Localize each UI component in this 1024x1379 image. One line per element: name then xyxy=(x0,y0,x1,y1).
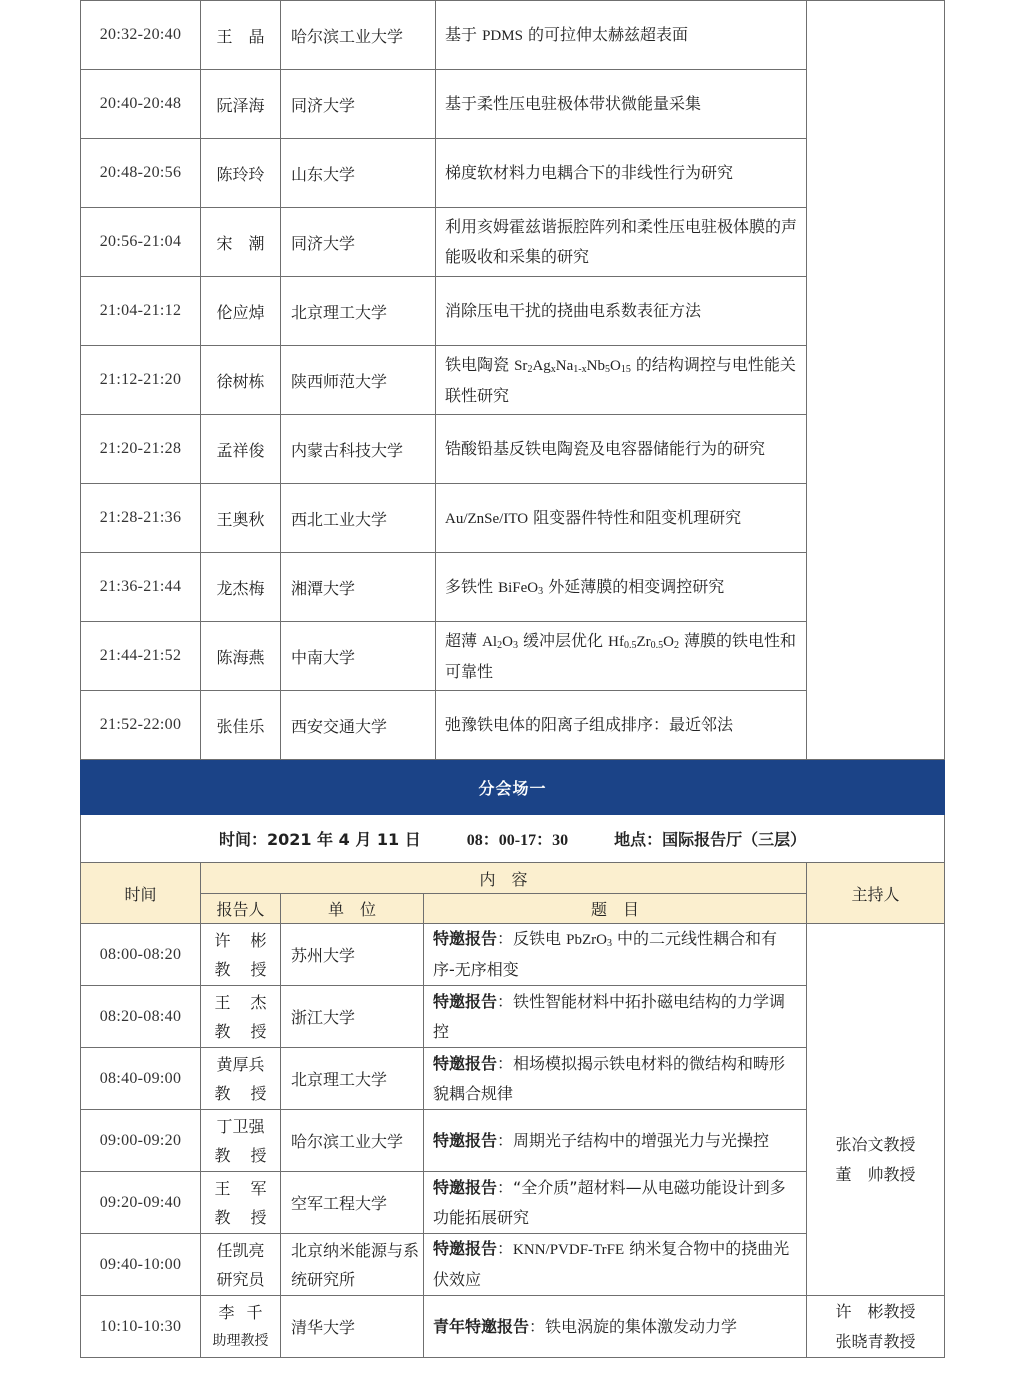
session-info-line: 时间：2021 年 4 月 11 日08：00-17：30地点：国际报告厅（三层… xyxy=(81,815,945,863)
table-row: 08:00-08:20 许彬 教授 苏州大学 特邀报告：反铁电 PbZrO3 中… xyxy=(81,924,945,986)
unit-cell: 同济大学 xyxy=(281,208,436,277)
chemical-formula: PbZrO3 xyxy=(566,932,612,948)
session-venue: 地点：国际报告厅（三层） xyxy=(614,827,806,850)
report-type-tag: 特邀报告 xyxy=(433,1239,497,1258)
chemical-formula: Hf0.5Zr0.5O2 xyxy=(608,634,679,650)
schedule-page: 20:32-20:40 王 晶 哈尔滨工业大学 基于 PDMS 的可拉伸太赫兹超… xyxy=(80,0,944,1358)
report-type-tag: 特邀报告 xyxy=(433,1178,497,1197)
speaker-cell: 宋 潮 xyxy=(201,208,281,277)
header-time: 时间 xyxy=(81,863,201,924)
unit-cell: 内蒙古科技大学 xyxy=(281,415,436,484)
unit-cell: 空军工程大学 xyxy=(281,1172,424,1234)
session-time-range: 08：00-17：30 xyxy=(467,827,568,850)
time-cell: 09:40-10:00 xyxy=(81,1234,201,1296)
topic-cell: 多铁性 BiFeO3 外延薄膜的相变调控研究 xyxy=(436,553,807,622)
report-type-tag: 特邀报告 xyxy=(433,929,497,948)
report-type-tag: 特邀报告 xyxy=(433,1131,497,1150)
speaker-cell: 王 晶 xyxy=(201,1,281,70)
topic-cell: 利用亥姆霍兹谐振腔阵列和柔性压电驻极体膜的声能吸收和采集的研究 xyxy=(436,208,807,277)
topic-cell: Au/ZnSe/ITO 阻变器件特性和阻变机理研究 xyxy=(436,484,807,553)
time-cell: 20:56-21:04 xyxy=(81,208,201,277)
time-cell: 08:00-08:20 xyxy=(81,924,201,986)
topic-cell: 特邀报告：相场模拟揭示铁电材料的微结构和畴形貌耦合规律 xyxy=(424,1048,807,1110)
speaker-cell: 徐树栋 xyxy=(201,346,281,415)
chair-cell-empty xyxy=(807,1,945,760)
time-cell: 21:04-21:12 xyxy=(81,277,201,346)
report-type-tag: 特邀报告 xyxy=(433,1054,497,1073)
speaker-cell: 陈海燕 xyxy=(201,622,281,691)
time-cell: 09:00-09:20 xyxy=(81,1110,201,1172)
speaker-cell: 丁卫强 教授 xyxy=(201,1110,281,1172)
time-cell: 08:40-09:00 xyxy=(81,1048,201,1110)
unit-cell: 清华大学 xyxy=(281,1296,424,1358)
topic-cell: 弛豫铁电体的阳离子组成排序：最近邻法 xyxy=(436,691,807,760)
unit-cell: 中南大学 xyxy=(281,622,436,691)
unit-cell: 北京纳米能源与系统研究所 xyxy=(281,1234,424,1296)
topic-cell: 梯度软材料力电耦合下的非线性行为研究 xyxy=(436,139,807,208)
time-cell: 08:20-08:40 xyxy=(81,986,201,1048)
speaker-cell: 张佳乐 xyxy=(201,691,281,760)
chemical-formula: Sr2AgxNa1-xNb5O15 xyxy=(514,358,631,374)
unit-cell: 北京理工大学 xyxy=(281,1048,424,1110)
topic-cell: 特邀报告：KNN/PVDF-TrFE 纳米复合物中的挠曲光伏效应 xyxy=(424,1234,807,1296)
topic-cell: 特邀报告：周期光子结构中的增强光力与光操控 xyxy=(424,1110,807,1172)
unit-cell: 哈尔滨工业大学 xyxy=(281,1,436,70)
chair-cell: 张冶文教授 董 帅教授 xyxy=(807,924,945,1296)
topic-cell: 超薄 Al2O3 缓冲层优化 Hf0.5Zr0.5O2 薄膜的铁电性和可靠性 xyxy=(436,622,807,691)
session-date: 时间：2021 年 4 月 11 日 xyxy=(219,827,421,850)
topic-cell: 锆酸铅基反铁电陶瓷及电容器储能行为的研究 xyxy=(436,415,807,484)
speaker-cell: 王军 教授 xyxy=(201,1172,281,1234)
speaker-cell: 任凯亮 研究员 xyxy=(201,1234,281,1296)
unit-cell: 西北工业大学 xyxy=(281,484,436,553)
speaker-cell: 伦应焯 xyxy=(201,277,281,346)
chemical-formula: Al2O3 xyxy=(482,634,518,650)
speaker-cell: 陈玲玲 xyxy=(201,139,281,208)
chair-name: 许 彬教授 xyxy=(807,1297,944,1327)
time-cell: 21:36-21:44 xyxy=(81,553,201,622)
topic-cell: 特邀报告：“全介质”超材料—从电磁功能设计到多功能拓展研究 xyxy=(424,1172,807,1234)
topic-cell: 铁电陶瓷 Sr2AgxNa1-xNb5O15 的结构调控与电性能关联性研究 xyxy=(436,346,807,415)
unit-cell: 陕西师范大学 xyxy=(281,346,436,415)
header-chair: 主持人 xyxy=(807,863,945,924)
time-cell: 21:28-21:36 xyxy=(81,484,201,553)
header-topic: 题 目 xyxy=(424,894,807,924)
topic-cell: 特邀报告：反铁电 PbZrO3 中的二元线性耦合和有序-无序相变 xyxy=(424,924,807,986)
topic-cell: 基于柔性压电驻极体带状微能量采集 xyxy=(436,70,807,139)
topic-cell: 特邀报告：铁性智能材料中拓扑磁电结构的力学调控 xyxy=(424,986,807,1048)
unit-cell: 苏州大学 xyxy=(281,924,424,986)
unit-cell: 哈尔滨工业大学 xyxy=(281,1110,424,1172)
time-cell: 20:32-20:40 xyxy=(81,1,201,70)
time-cell: 20:40-20:48 xyxy=(81,70,201,139)
unit-cell: 北京理工大学 xyxy=(281,277,436,346)
header-speaker: 报告人 xyxy=(201,894,281,924)
speaker-cell: 阮泽海 xyxy=(201,70,281,139)
time-cell: 20:48-20:56 xyxy=(81,139,201,208)
time-cell: 21:52-22:00 xyxy=(81,691,201,760)
topic-cell: 消除压电干扰的挠曲电系数表征方法 xyxy=(436,277,807,346)
time-cell: 21:44-21:52 xyxy=(81,622,201,691)
topic-cell: 青年特邀报告：铁电涡旋的集体激发动力学 xyxy=(424,1296,807,1358)
chair-name: 张冶文教授 xyxy=(807,1130,944,1160)
unit-cell: 浙江大学 xyxy=(281,986,424,1048)
speaker-cell: 李千 助理教授 xyxy=(201,1296,281,1358)
chair-name: 董 帅教授 xyxy=(807,1160,944,1190)
report-type-tag: 青年特邀报告 xyxy=(433,1317,529,1336)
speaker-cell: 龙杰梅 xyxy=(201,553,281,622)
header-unit: 单 位 xyxy=(281,894,424,924)
speaker-cell: 王杰 教授 xyxy=(201,986,281,1048)
table-row: 10:10-10:30 李千 助理教授 清华大学 青年特邀报告：铁电涡旋的集体激… xyxy=(81,1296,945,1358)
session-banner-title: 分会场一 xyxy=(81,761,945,815)
time-cell: 21:12-21:20 xyxy=(81,346,201,415)
speaker-cell: 孟祥俊 xyxy=(201,415,281,484)
evening-session-table: 20:32-20:40 王 晶 哈尔滨工业大学 基于 PDMS 的可拉伸太赫兹超… xyxy=(80,0,945,760)
speaker-cell: 黄厚兵 教授 xyxy=(201,1048,281,1110)
report-type-tag: 特邀报告 xyxy=(433,992,497,1011)
speaker-cell: 许彬 教授 xyxy=(201,924,281,986)
time-cell: 21:20-21:28 xyxy=(81,415,201,484)
time-cell: 09:20-09:40 xyxy=(81,1172,201,1234)
time-cell: 10:10-10:30 xyxy=(81,1296,201,1358)
unit-cell: 湘潭大学 xyxy=(281,553,436,622)
chair-name: 张晓青教授 xyxy=(807,1327,944,1357)
session-one-table: 分会场一 时间：2021 年 4 月 11 日08：00-17：30地点：国际报… xyxy=(80,760,945,1358)
chemical-formula: BiFeO3 xyxy=(498,580,543,596)
header-content: 内 容 xyxy=(201,863,807,894)
unit-cell: 西安交通大学 xyxy=(281,691,436,760)
unit-cell: 同济大学 xyxy=(281,70,436,139)
unit-cell: 山东大学 xyxy=(281,139,436,208)
speaker-cell: 王奥秋 xyxy=(201,484,281,553)
topic-cell: 基于 PDMS 的可拉伸太赫兹超表面 xyxy=(436,1,807,70)
table-row: 20:32-20:40 王 晶 哈尔滨工业大学 基于 PDMS 的可拉伸太赫兹超… xyxy=(81,1,945,70)
chair-cell: 许 彬教授 张晓青教授 xyxy=(807,1296,945,1358)
